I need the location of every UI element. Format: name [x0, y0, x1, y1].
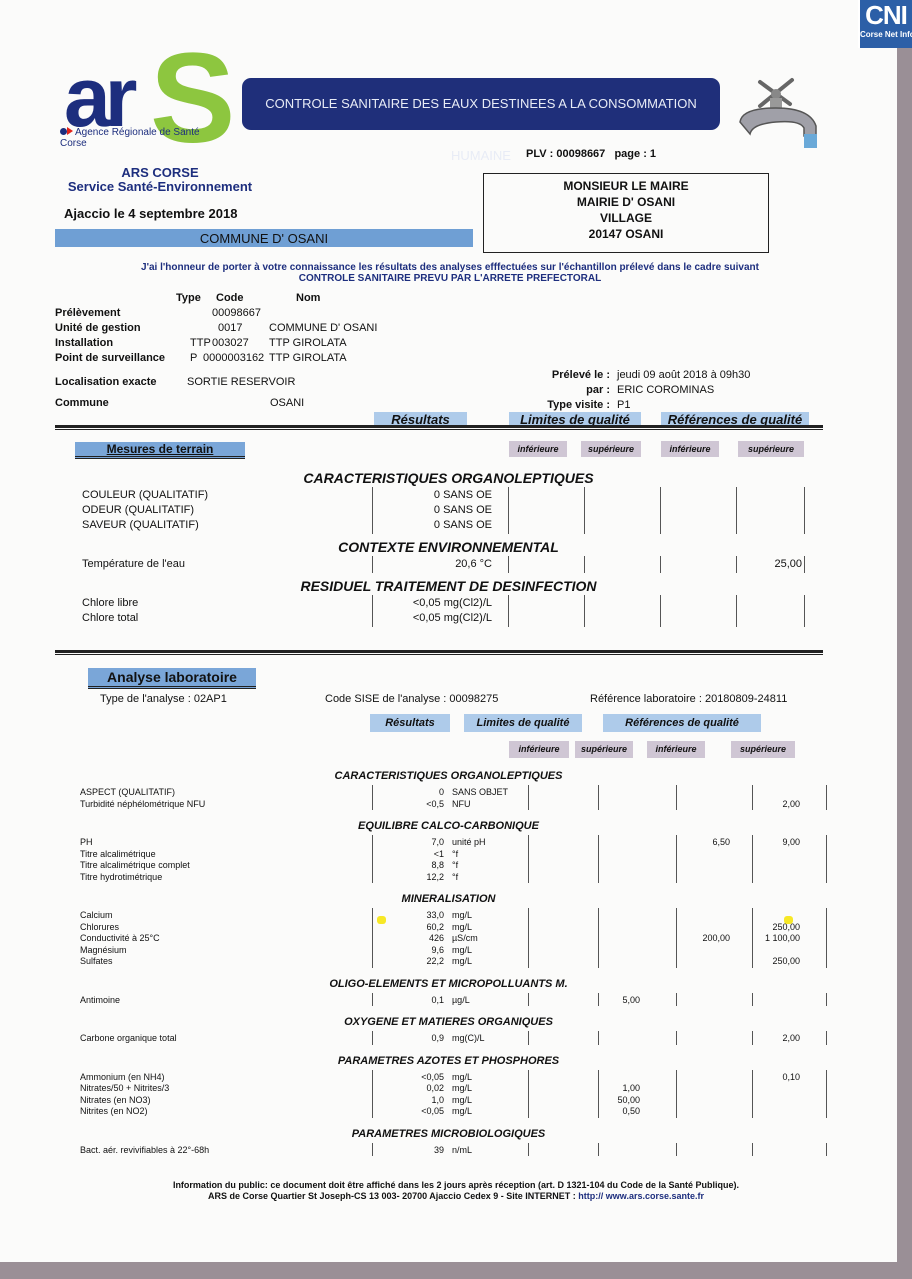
section-mesures-terrain: Mesures de terrain	[75, 442, 245, 459]
cni-watermark: CNI Corse Net Infos	[858, 0, 912, 48]
result-value: <0,05 mg(Cl2)/L	[380, 597, 492, 609]
result-unit: n/mL	[452, 1145, 472, 1155]
column-separator	[598, 835, 599, 883]
lab-lim-inf-header: inférieure	[509, 741, 569, 758]
cni-name: Corse Net Infos	[860, 30, 912, 40]
column-separator	[752, 993, 753, 1007]
sample-field-type: TTP	[190, 337, 211, 350]
footer-address-text: ARS de Corse Quartier St Joseph-CS 13 00…	[208, 1191, 578, 1201]
parameter-name: Carbone organique total	[80, 1033, 177, 1043]
highlight-mark	[784, 916, 793, 924]
parameter-name: Titre alcalimétrique complet	[80, 860, 190, 870]
reference-superior: 1 100,00	[740, 933, 800, 943]
column-separator	[584, 487, 585, 534]
localisation-label: Localisation exacte	[55, 376, 157, 389]
document-page: ar S Agence Régionale de Santé Corse CON…	[0, 0, 897, 1262]
result-value: <0,05	[372, 1106, 444, 1116]
result-unit: mg/L	[452, 956, 472, 966]
sample-field-code: 00098667	[212, 307, 261, 320]
column-separator	[826, 908, 827, 968]
par-label: par :	[500, 384, 610, 397]
category-heading: CONTEXTE ENVIRONNEMENTAL	[0, 539, 897, 555]
column-separator	[804, 556, 805, 573]
footer-website-link[interactable]: http:// www.ars.corse.sante.fr	[578, 1191, 704, 1201]
column-separator	[676, 993, 677, 1007]
lab-ref-sup-header: supérieure	[731, 741, 795, 758]
parameter-name: Calcium	[80, 910, 113, 920]
sample-field-label: Prélèvement	[55, 307, 120, 320]
result-unit: NFU	[452, 799, 471, 809]
par-value: ERIC COROMINAS	[617, 384, 714, 397]
column-separator	[826, 1143, 827, 1157]
result-value: 0 SANS OE	[380, 504, 492, 516]
result-unit: µS/cm	[452, 933, 478, 943]
result-value: 0,1	[372, 995, 444, 1005]
column-separator	[372, 1031, 373, 1045]
parameter-name: Bact. aér. revivifiables à 22°-68h	[80, 1145, 209, 1155]
column-separator	[736, 487, 737, 534]
column-separator	[826, 785, 827, 810]
terrain-lim-sup-header: supérieure	[581, 441, 641, 457]
result-value: 0 SANS OE	[380, 519, 492, 531]
column-separator	[752, 785, 753, 810]
result-unit: mg/L	[452, 945, 472, 955]
result-value: 1,0	[372, 1095, 444, 1105]
sample-field-nom: TTP GIROLATA	[269, 352, 347, 365]
org-header: ARS CORSE Service Santé-Environnement	[60, 166, 260, 194]
parameter-name: Nitrites (en NO2)	[80, 1106, 148, 1116]
column-separator	[528, 993, 529, 1007]
limit-superior: 50,00	[580, 1095, 640, 1105]
column-separator	[826, 993, 827, 1007]
column-separator	[528, 1031, 529, 1045]
category-heading: CARACTERISTIQUES ORGANOLEPTIQUES	[0, 470, 897, 486]
parameter-name: PH	[80, 837, 93, 847]
column-separator	[372, 1143, 373, 1157]
result-unit: °f	[452, 849, 458, 859]
column-separator	[508, 556, 509, 573]
column-separator	[804, 595, 805, 627]
result-unit: mg/L	[452, 922, 472, 932]
commune-value: OSANI	[270, 397, 304, 410]
column-separator	[676, 1070, 677, 1118]
reference-superior: 2,00	[740, 799, 800, 809]
logo-region: Corse	[60, 138, 87, 149]
reference-superior: 25,00	[742, 558, 802, 570]
parameter-name: ASPECT (QUALITATIF)	[80, 787, 175, 797]
column-separator	[676, 1143, 677, 1157]
result-unit: unité pH	[452, 837, 486, 847]
category-heading: RESIDUEL TRAITEMENT DE DESINFECTION	[0, 578, 897, 594]
column-separator	[598, 908, 599, 968]
logo-arrow-icon	[67, 127, 73, 135]
column-separator	[372, 556, 373, 573]
limit-superior: 5,00	[580, 995, 640, 1005]
terrain-ref-sup-header: supérieure	[738, 441, 804, 457]
logo-dot-icon	[60, 128, 67, 135]
result-value: 7,0	[372, 837, 444, 847]
highlight-mark	[377, 916, 386, 924]
column-separator	[752, 1070, 753, 1118]
result-value: 22,2	[372, 956, 444, 966]
water-tap-icon	[730, 74, 830, 154]
column-separator	[752, 908, 753, 968]
parameter-name: COULEUR (QUALITATIF)	[82, 489, 208, 501]
visite-label: Type visite :	[500, 399, 610, 412]
parameter-name: SAVEUR (QUALITATIF)	[82, 519, 199, 531]
column-separator	[528, 835, 529, 883]
result-value: 0,9	[372, 1033, 444, 1043]
result-unit: mg/L	[452, 1083, 472, 1093]
reference-superior: 250,00	[740, 956, 800, 966]
commune-label: Commune	[55, 397, 109, 410]
column-separator	[676, 785, 677, 810]
parameter-name: Chlorures	[80, 922, 119, 932]
document-date: Ajaccio le 4 septembre 2018	[64, 206, 237, 221]
column-separator	[826, 1070, 827, 1118]
category-heading: MINERALISATION	[0, 893, 897, 905]
preleve-label: Prélevé le :	[500, 369, 610, 382]
divider	[55, 425, 823, 430]
intro-text: J'ai l'honneur de porter à votre connais…	[40, 262, 860, 284]
column-separator	[826, 1031, 827, 1045]
column-separator	[528, 1070, 529, 1118]
sample-field-type: P	[190, 352, 197, 365]
sample-field-label: Unité de gestion	[55, 322, 141, 335]
result-value: 9,6	[372, 945, 444, 955]
sample-field-nom: TTP GIROLATA	[269, 337, 347, 350]
col-type: Type	[176, 292, 201, 305]
reference-inferior: 6,50	[670, 837, 730, 847]
column-separator	[528, 785, 529, 810]
reference-superior: 0,10	[740, 1072, 800, 1082]
sample-field-nom: COMMUNE D' OSANI	[269, 322, 377, 335]
column-separator	[676, 835, 677, 883]
divider	[55, 650, 823, 655]
result-value: 12,2	[372, 872, 444, 882]
column-separator	[584, 595, 585, 627]
column-separator	[598, 993, 599, 1007]
header-references: Références de qualité	[661, 412, 809, 426]
terrain-lim-inf-header: inférieure	[509, 441, 567, 457]
org-service: Service Santé-Environnement	[60, 180, 260, 194]
lab-ref-inf-header: inférieure	[647, 741, 705, 758]
result-unit: SANS OBJET	[452, 787, 508, 797]
reference-laboratoire: Référence laboratoire : 20180809-24811	[590, 693, 787, 705]
limit-superior: 0,50	[580, 1106, 640, 1116]
result-value: 0 SANS OE	[380, 489, 492, 501]
result-value: 426	[372, 933, 444, 943]
result-unit: mg/L	[452, 1106, 472, 1116]
column-separator	[372, 908, 373, 968]
reference-superior: 2,00	[740, 1033, 800, 1043]
commune-bar: COMMUNE D' OSANI	[55, 229, 473, 247]
footer: Information du public: ce document doit …	[0, 1180, 912, 1202]
column-separator	[752, 1143, 753, 1157]
parameter-name: ODEUR (QUALITATIF)	[82, 504, 194, 516]
column-separator	[508, 487, 509, 534]
parameter-name: Conductivité à 25°C	[80, 933, 160, 943]
result-value: <0,5	[372, 799, 444, 809]
limit-superior: 1,00	[580, 1083, 640, 1093]
parameter-name: Température de l'eau	[82, 558, 185, 570]
column-separator	[508, 595, 509, 627]
sample-field-label: Installation	[55, 337, 113, 350]
sample-field-label: Point de surveillance	[55, 352, 165, 365]
parameter-name: Turbidité néphélométrique NFU	[80, 799, 205, 809]
column-separator	[660, 556, 661, 573]
result-value: <1	[372, 849, 444, 859]
column-separator	[736, 556, 737, 573]
recipient-line: MAIRIE D' OSANI	[484, 194, 768, 210]
column-separator	[372, 785, 373, 810]
sample-field-code: 0000003162	[203, 352, 264, 365]
footer-notice: Information du public: ce document doit …	[0, 1180, 912, 1191]
result-value: 20,6 °C	[380, 558, 492, 570]
plv-reference: PLV : 00098667 page : 1	[526, 148, 656, 160]
column-separator	[372, 487, 373, 534]
column-separator	[372, 993, 373, 1007]
org-name: ARS CORSE	[60, 166, 260, 180]
column-separator	[584, 556, 585, 573]
logo-agency: Agence Régionale de Santé	[75, 127, 200, 138]
column-separator	[660, 595, 661, 627]
result-unit: mg/L	[452, 1072, 472, 1082]
recipient-line: 20147 OSANI	[484, 226, 768, 242]
column-separator	[752, 1031, 753, 1045]
reference-superior: 9,00	[740, 837, 800, 847]
lab-header-limites: Limites de qualité	[464, 714, 582, 732]
localisation-value: SORTIE RESERVOIR	[187, 376, 295, 389]
category-heading: PARAMETRES MICROBIOLOGIQUES	[0, 1128, 897, 1140]
column-separator	[826, 835, 827, 883]
column-separator	[598, 785, 599, 810]
intro-line: CONTROLE SANITAIRE PREVU PAR L'ARRETE PR…	[40, 273, 860, 284]
column-separator	[804, 487, 805, 534]
type-analyse: Type de l'analyse : 02AP1	[100, 693, 227, 705]
category-heading: PARAMETRES AZOTES ET PHOSPHORES	[0, 1055, 897, 1067]
result-unit: µg/L	[452, 995, 470, 1005]
ars-logo-caption: Agence Régionale de Santé Corse	[60, 127, 200, 149]
column-separator	[660, 487, 661, 534]
column-separator	[598, 1070, 599, 1118]
lab-header-resultats: Résultats	[370, 714, 450, 732]
result-value: 8,8	[372, 860, 444, 870]
category-heading: EQUILIBRE CALCO-CARBONIQUE	[0, 820, 897, 832]
column-separator	[598, 1143, 599, 1157]
parameter-name: Ammonium (en NH4)	[80, 1072, 165, 1082]
header-limites: Limites de qualité	[509, 412, 641, 426]
result-value: <0,05	[372, 1072, 444, 1082]
intro-line: J'ai l'honneur de porter à votre connais…	[40, 262, 860, 273]
column-separator	[372, 835, 373, 883]
lab-header-references: Références de qualité	[603, 714, 761, 732]
parameter-name: Magnésium	[80, 945, 127, 955]
sample-field-code: 003027	[212, 337, 249, 350]
column-separator	[372, 595, 373, 627]
parameter-name: Titre hydrotimétrique	[80, 872, 162, 882]
category-heading: OXYGENE ET MATIERES ORGANIQUES	[0, 1016, 897, 1028]
parameter-name: Nitrates (en NO3)	[80, 1095, 151, 1105]
code-sise: Code SISE de l'analyse : 00098275	[325, 693, 498, 705]
column-separator	[528, 908, 529, 968]
parameter-name: Nitrates/50 + Nitrites/3	[80, 1083, 169, 1093]
parameter-name: Titre alcalimétrique	[80, 849, 156, 859]
title-banner: CONTROLE SANITAIRE DES EAUX DESTINEES A …	[242, 78, 720, 130]
category-heading: CARACTERISTIQUES ORGANOLEPTIQUES	[0, 770, 897, 782]
column-separator	[528, 1143, 529, 1157]
recipient-address: MONSIEUR LE MAIRE MAIRIE D' OSANI VILLAG…	[483, 173, 769, 253]
sample-field-code: 0017	[218, 322, 242, 335]
column-separator	[372, 1070, 373, 1118]
section-analyse-laboratoire: Analyse laboratoire	[88, 668, 256, 689]
column-separator	[676, 908, 677, 968]
result-value: 0,02	[372, 1083, 444, 1093]
parameter-name: Chlore libre	[82, 597, 138, 609]
recipient-line: MONSIEUR LE MAIRE	[484, 178, 768, 194]
lab-lim-sup-header: supérieure	[575, 741, 633, 758]
result-value: <0,05 mg(Cl2)/L	[380, 612, 492, 624]
parameter-name: Sulfates	[80, 956, 113, 966]
column-separator	[676, 1031, 677, 1045]
ars-logo-ar: ar	[64, 62, 131, 132]
column-separator	[736, 595, 737, 627]
footer-address: ARS de Corse Quartier St Joseph-CS 13 00…	[0, 1191, 912, 1202]
col-nom: Nom	[296, 292, 320, 305]
reference-inferior: 200,00	[670, 933, 730, 943]
parameter-name: Chlore total	[82, 612, 138, 624]
column-separator	[598, 1031, 599, 1045]
recipient-line: VILLAGE	[484, 210, 768, 226]
result-value: 0	[372, 787, 444, 797]
result-unit: °f	[452, 872, 458, 882]
cni-brand: CNI	[860, 0, 912, 30]
header-resultats: Résultats	[374, 412, 467, 426]
visite-value: P1	[617, 399, 630, 412]
category-heading: OLIGO-ELEMENTS ET MICROPOLLUANTS M.	[0, 978, 897, 990]
result-value: 39	[372, 1145, 444, 1155]
terrain-ref-inf-header: inférieure	[661, 441, 719, 457]
result-unit: °f	[452, 860, 458, 870]
result-unit: mg(C)/L	[452, 1033, 485, 1043]
col-code: Code	[216, 292, 244, 305]
result-unit: mg/L	[452, 1095, 472, 1105]
preleve-value: jeudi 09 août 2018 à 09h30	[617, 369, 750, 382]
result-unit: mg/L	[452, 910, 472, 920]
parameter-name: Antimoine	[80, 995, 120, 1005]
column-separator	[752, 835, 753, 883]
